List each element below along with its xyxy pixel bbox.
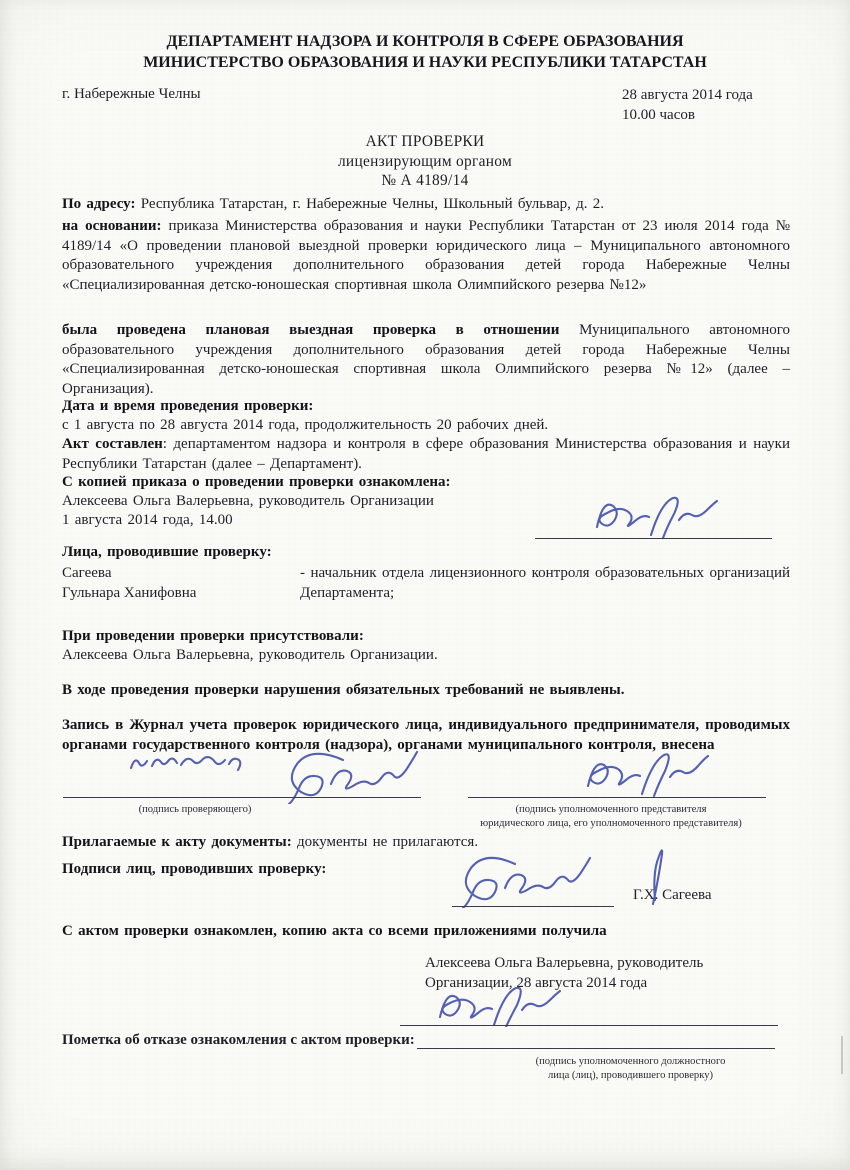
heading-present-text: При проведении проверки присутствовали: (62, 628, 364, 644)
inspector-printed-name: Г.Х. Сагеева (633, 887, 712, 904)
label-refusal-line1: (подпись уполномоченного должностного (478, 1055, 783, 1069)
paragraph-basis: на основании: приказа Министерства образ… (62, 217, 790, 295)
label-inspector-signature: (подпись проверяющего) (95, 803, 295, 817)
paragraph-address-text: Республика Татарстан, г. Набережные Челн… (135, 196, 604, 212)
label-refusal-signature: (подпись уполномоченного должностного ли… (478, 1055, 783, 1082)
paragraph-refusal-text: Пометка об отказе ознакомления с актом п… (62, 1032, 415, 1049)
paragraph-composed-text: : департаментом надзора и контроля в сфе… (62, 436, 790, 472)
document-date: 28 августа 2014 года (622, 86, 753, 106)
signature-line-inspector (63, 797, 421, 798)
paragraph-acquainted: С актом проверки ознакомлен, копию акта … (62, 922, 790, 942)
signature-line-order (535, 538, 772, 539)
paragraph-present: Алексеева Ольга Валерьевна, руководитель… (62, 646, 790, 666)
handwritten-note (126, 748, 244, 780)
heading-copy: С копией приказа о проведении проверки о… (62, 473, 790, 493)
paragraph-refusal: Пометка об отказе ознакомления с актом п… (62, 1032, 775, 1049)
label-representative-line1: (подпись уполномоченного представителя (452, 803, 770, 817)
heading-present: При проведении проверки присутствовали: (62, 627, 790, 647)
paragraph-attachments: Прилагаемые к акту документы: документы … (62, 833, 790, 853)
letterhead: ДЕПАРТАМЕНТ НАДЗОРА И КОНТРОЛЯ В СФЕРЕ О… (0, 32, 850, 73)
label-representative-signature: (подпись уполномоченного представителя ю… (452, 803, 770, 830)
document-place: г. Набережные Челны (62, 86, 201, 103)
signature-inspector (265, 744, 430, 804)
act-title-line2: лицензирующим органом (0, 152, 850, 172)
label-representative-line2: юридического лица, его уполномоченного п… (452, 817, 770, 831)
recipient-line1: Алексеева Ольга Валерьевна, руководитель (425, 953, 703, 973)
paragraph-conducted-lead: была проведена плановая выездная проверк… (62, 322, 559, 338)
refusal-blank-line (417, 1032, 775, 1049)
heading-datetime-text: Дата и время проведения проверки: (62, 398, 313, 414)
document-time: 10.00 часов (622, 106, 753, 126)
inspector-name-line1: Сагеева (62, 564, 292, 584)
paragraph-attachments-lead: Прилагаемые к акту документы: (62, 834, 292, 850)
document-datetime: 28 августа 2014 года 10.00 часов (622, 86, 753, 125)
paragraph-basis-lead: на основании: (62, 218, 162, 234)
paragraph-address-lead: По адресу: (62, 196, 135, 212)
document-page: ДЕПАРТАМЕНТ НАДЗОРА И КОНТРОЛЯ В СФЕРЕ О… (0, 0, 850, 1170)
inspector-name: Сагеева Гульнара Ханифовна (62, 564, 292, 603)
signature-line-representative (468, 797, 766, 798)
scan-edge-artifact (841, 1036, 843, 1074)
letterhead-line1: ДЕПАРТАМЕНТ НАДЗОРА И КОНТРОЛЯ В СФЕРЕ О… (0, 32, 850, 53)
signature-line-sageeva (452, 906, 614, 907)
paragraph-no-violations: В ходе проведения проверки нарушения обя… (62, 681, 790, 701)
paragraph-basis-text: приказа Министерства образования и науки… (62, 218, 790, 293)
label-refusal-line2: лица (лиц), проводившего проверку) (478, 1069, 783, 1083)
act-title-line1: АКТ ПРОВЕРКИ (0, 132, 850, 152)
signature-representative (578, 746, 718, 800)
heading-inspectors: Лица, проводившие проверку: (62, 543, 790, 563)
paragraph-composed-lead: Акт составлен (62, 436, 163, 452)
inspector-name-line2: Гульнара Ханифовна (62, 584, 292, 604)
inspector-position: - начальник отдела лицензионного контрол… (300, 564, 790, 603)
letterhead-line2: МИНИСТЕРСТВО ОБРАЗОВАНИЯ И НАУКИ РЕСПУБЛ… (0, 53, 850, 74)
paragraph-daterange: с 1 августа по 28 августа 2014 года, про… (62, 416, 790, 436)
act-title-line3: № А 4189/14 (0, 171, 850, 191)
signature-alekseeva-receipt (430, 985, 580, 1027)
paragraph-address: По адресу: Республика Татарстан, г. Набе… (62, 195, 790, 215)
paragraph-no-violations-text: В ходе проведения проверки нарушения обя… (62, 682, 625, 698)
paragraph-composed: Акт составлен: департаментом надзора и к… (62, 435, 790, 474)
heading-signatures: Подписи лиц, проводивших проверку: (62, 860, 790, 880)
heading-inspectors-text: Лица, проводившие проверку: (62, 544, 272, 560)
signature-alekseeva-order (585, 493, 745, 541)
act-title: АКТ ПРОВЕРКИ лицензирующим органом № А 4… (0, 132, 850, 191)
signature-line-receipt (400, 1025, 778, 1026)
heading-signatures-text: Подписи лиц, проводивших проверку: (62, 861, 326, 877)
heading-datetime: Дата и время проведения проверки: (62, 397, 790, 417)
paragraph-conducted: была проведена плановая выездная проверк… (62, 321, 790, 399)
heading-copy-text: С копией приказа о проведении проверки о… (62, 474, 451, 490)
paragraph-acquainted-text: С актом проверки ознакомлен, копию акта … (62, 923, 607, 939)
